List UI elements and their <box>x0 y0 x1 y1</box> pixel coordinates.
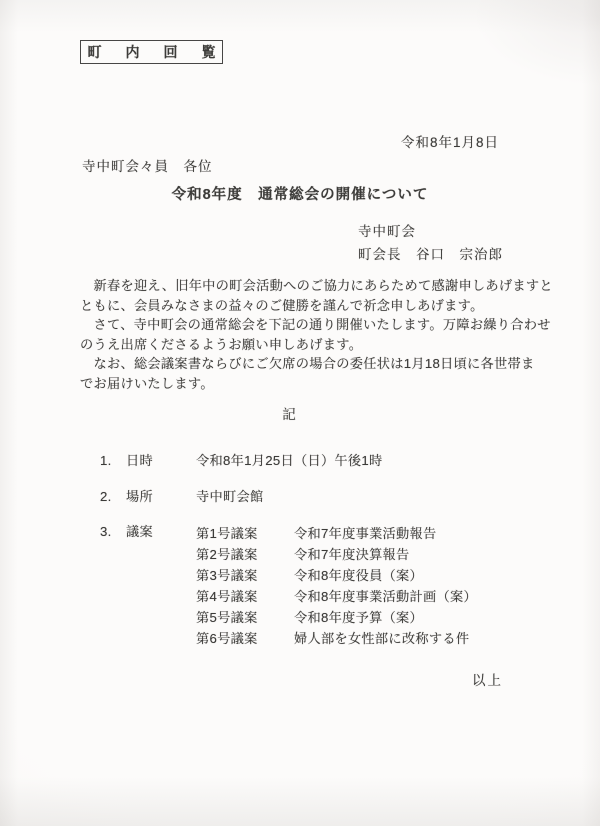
item-number: 3. <box>100 523 126 649</box>
agenda-item: 第2号議案 令和7年度決算報告 <box>196 544 477 565</box>
list-item-agenda: 3. 議案 第1号議案 令和7年度事業活動報告 第2号議案 令和7年度決算報告 … <box>100 523 570 649</box>
closing-marker: 以上 <box>0 669 600 689</box>
agenda-number: 第4号議案 <box>196 586 294 607</box>
item-label: 議案 <box>126 523 170 649</box>
body-line: さて、寺中町会の通常総会を下記の通り開催いたします。万障お繰り合わせ <box>80 315 546 335</box>
agenda-title: 令和7年度決算報告 <box>294 544 410 565</box>
agenda-item: 第4号議案 令和8年度事業活動計画（案） <box>196 586 477 607</box>
list-item-datetime: 1. 日時 令和8年1月25日（日）午後1時 <box>100 452 570 470</box>
record-marker: 記 <box>0 403 578 423</box>
agenda-title: 令和8年度事業活動計画（案） <box>294 586 477 607</box>
agenda-item: 第6号議案 婦人部を女性部に改称する件 <box>196 628 477 649</box>
document-title: 令和8年度 通常総会の開催について <box>0 183 600 204</box>
agenda-number: 第3号議案 <box>196 565 294 586</box>
body-line: のうえ出席くださるようお願い申しあげます。 <box>80 335 546 355</box>
agenda-list: 第1号議案 令和7年度事業活動報告 第2号議案 令和7年度決算報告 第3号議案 … <box>196 523 477 649</box>
sender-organization: 寺中町会 <box>358 220 503 243</box>
agenda-title: 令和7年度事業活動報告 <box>294 523 437 544</box>
issue-date: 令和8年1月8日 <box>0 131 600 151</box>
item-number: 1. <box>100 452 126 470</box>
agenda-title: 令和8年度予算（案） <box>294 607 423 628</box>
body-paragraphs: 新春を迎え、旧年中の町会活動へのご協力にあらためて感謝申しあげますと ともに、会… <box>80 276 546 393</box>
item-label: 日時 <box>126 452 170 470</box>
agenda-item: 第3号議案 令和8年度役員（案） <box>196 565 477 586</box>
sender-person: 町会長 谷口 宗治郎 <box>358 243 503 266</box>
agenda-number: 第2号議案 <box>196 544 294 565</box>
agenda-number: 第5号議案 <box>196 607 294 628</box>
agenda-number: 第6号議案 <box>196 628 294 649</box>
agenda-item: 第1号議案 令和7年度事業活動報告 <box>196 523 477 544</box>
addressee: 寺中町会々員 各位 <box>82 155 213 175</box>
body-line: ともに、会員みなさまの益々のご健勝を謹んで祈念申しあげます。 <box>80 296 546 316</box>
agenda-title: 令和8年度役員（案） <box>294 565 423 586</box>
agenda-item: 第5号議案 令和8年度予算（案） <box>196 607 477 628</box>
body-line: なお、総会議案書ならびにご欠席の場合の委任状は1月18日頃に各世帯ま <box>80 354 546 374</box>
list-item-place: 2. 場所 寺中町会館 <box>100 488 570 506</box>
circular-stamp-box: 町 内 回 覧 <box>80 40 223 64</box>
circular-stamp-label: 町 内 回 覧 <box>88 42 221 62</box>
body-line: 新春を迎え、旧年中の町会活動へのご協力にあらためて感謝申しあげますと <box>80 276 546 296</box>
body-line: でお届けいたします。 <box>80 374 546 394</box>
meeting-details-list: 1. 日時 令和8年1月25日（日）午後1時 2. 場所 寺中町会館 3. 議案… <box>100 452 570 667</box>
item-value: 寺中町会館 <box>196 488 263 506</box>
item-number: 2. <box>100 488 126 506</box>
agenda-title: 婦人部を女性部に改称する件 <box>294 628 469 649</box>
item-value: 令和8年1月25日（日）午後1時 <box>196 452 383 470</box>
scanned-circular-page: 町 内 回 覧 令和8年1月8日 寺中町会々員 各位 令和8年度 通常総会の開催… <box>0 0 600 826</box>
item-label: 場所 <box>126 488 170 506</box>
sender-block: 寺中町会 町会長 谷口 宗治郎 <box>358 220 503 266</box>
agenda-number: 第1号議案 <box>196 523 294 544</box>
